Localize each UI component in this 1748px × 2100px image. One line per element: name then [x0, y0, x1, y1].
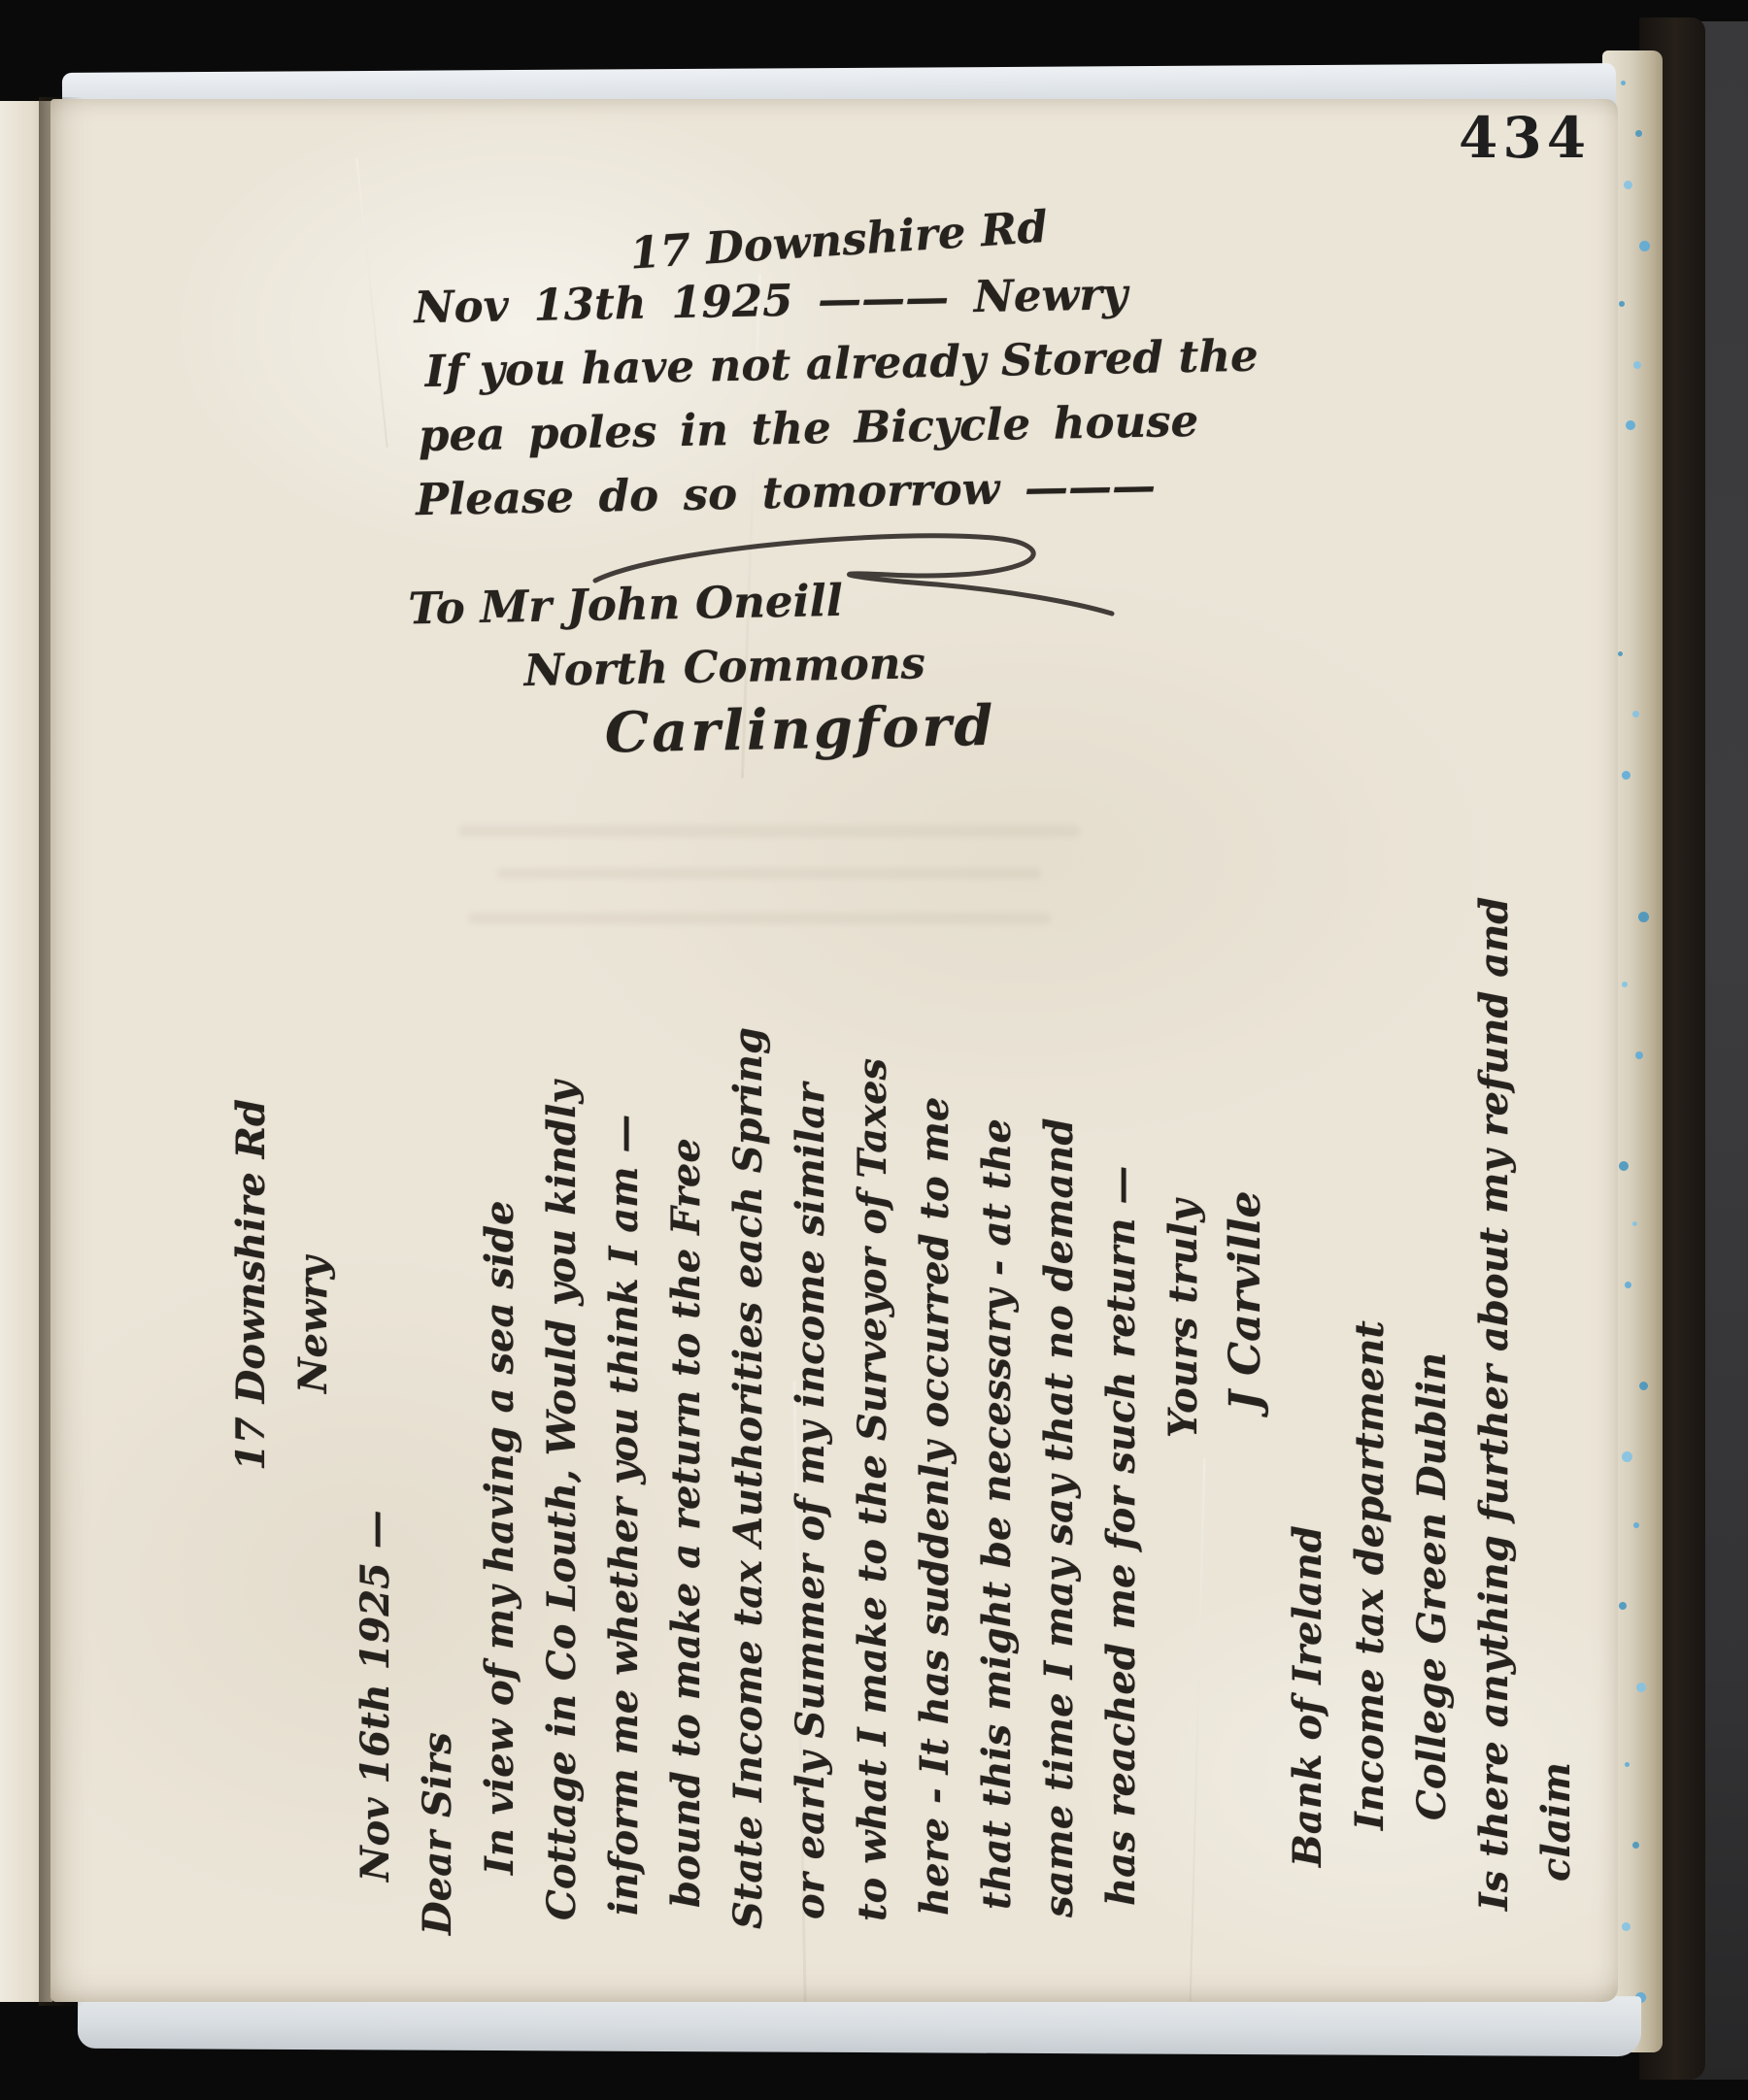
- blue-speckle: [1622, 1451, 1632, 1462]
- letter-rotated-line: that this might be necessary - at the: [966, 1032, 1028, 1910]
- letter-rotated-line: here - It has suddenly occurred to me: [904, 1032, 966, 1916]
- blue-speckle: [1622, 1922, 1630, 1931]
- blue-speckle: [1626, 420, 1635, 430]
- letter-rotated-line: Cottage in Co Louth, Would you kindly: [531, 1032, 593, 1920]
- letter-rotated-line: Dear Sirs: [407, 1032, 469, 1935]
- blue-speckle: [1624, 181, 1632, 189]
- blue-speckle: [1635, 1051, 1643, 1059]
- letter-rotated-line: or early Summer of my income similar: [780, 1032, 842, 1919]
- blue-speckle: [1632, 711, 1639, 717]
- letter-rotated-line: Is there anything further about my refun…: [1463, 1032, 1526, 1911]
- paper-crease: [355, 158, 387, 449]
- letter-rotated-line: has reached me for such return —: [1091, 1032, 1153, 1906]
- show-through-ghost: [458, 825, 1080, 837]
- show-through-ghost: [468, 913, 1051, 924]
- blue-speckle: [1622, 771, 1630, 780]
- blue-speckle: [1633, 361, 1641, 369]
- letter-top-recipient-line: Carlingford: [604, 689, 1265, 766]
- blue-speckle: [1621, 81, 1626, 85]
- blue-speckle: [1632, 1221, 1637, 1226]
- letter-rotated-line: College Green Dublin: [1401, 1032, 1463, 1820]
- letter-rotated-line: Nov 16th 1925 —: [345, 1032, 407, 1882]
- blue-speckle: [1632, 1842, 1639, 1849]
- blue-speckle: [1638, 912, 1649, 922]
- blue-speckle: [1636, 1683, 1646, 1692]
- letter-rotated-line: same time I may say that no demand: [1028, 1032, 1091, 1917]
- blue-speckle: [1633, 1522, 1639, 1528]
- blue-speckle: [1639, 241, 1650, 251]
- letter-top: 17 Downshire RdNov 13th 1925 ——— Newry I…: [401, 196, 1266, 770]
- letter-rotated-line: 17 Downshire Rd: [220, 1032, 283, 1471]
- blue-speckle: [1619, 1602, 1627, 1610]
- letter-rotated-line: Income tax department: [1339, 1032, 1401, 1830]
- letter-rotated-line: bound to make a return to the Free: [655, 1032, 718, 1908]
- blue-speckle: [1622, 982, 1628, 987]
- page-number: 434: [1459, 105, 1591, 171]
- blue-speckle: [1619, 1161, 1629, 1171]
- letter-rotated-line: Bank of Ireland: [1277, 1032, 1339, 1867]
- letter-rotated-line: Newry: [283, 1032, 345, 1393]
- letter-rotated-line: inform me whether you think I am —: [593, 1032, 655, 1916]
- blue-speckle: [1625, 1282, 1631, 1288]
- letter-rotated-line: J Carville: [1215, 1032, 1277, 1411]
- letter-rotated-line: Yours truly: [1153, 1032, 1215, 1438]
- scanned-letterbook-page: { "page": { "number": "434" }, "colors":…: [0, 0, 1748, 2100]
- letter-rotated-sideways: 17 Downshire RdNewryNov 16th 1925 —Dear …: [220, 1032, 1599, 1935]
- letter-rotated-line: claim: [1526, 1032, 1588, 1882]
- blue-speckle: [1619, 301, 1625, 307]
- blue-speckle: [1635, 130, 1642, 137]
- letter-rotated-line: to what I make to the Surveyor of Taxes: [842, 1032, 904, 1921]
- signature-flourish: [568, 524, 1131, 621]
- show-through-ghost: [497, 868, 1041, 879]
- letter-top-body: If you have not already Stored thepea po…: [403, 324, 1261, 533]
- blue-speckle: [1618, 651, 1623, 656]
- blue-speckle: [1639, 1382, 1648, 1390]
- letter-rotated-line: In view of my having a sea side: [469, 1032, 531, 1875]
- letter-rotated-line: State Income tax Authorities each Spring: [718, 1032, 780, 1929]
- blue-speckle: [1625, 1762, 1630, 1767]
- letter-top-heading: 17 Downshire RdNov 13th 1925 ——— Newry: [401, 196, 1258, 341]
